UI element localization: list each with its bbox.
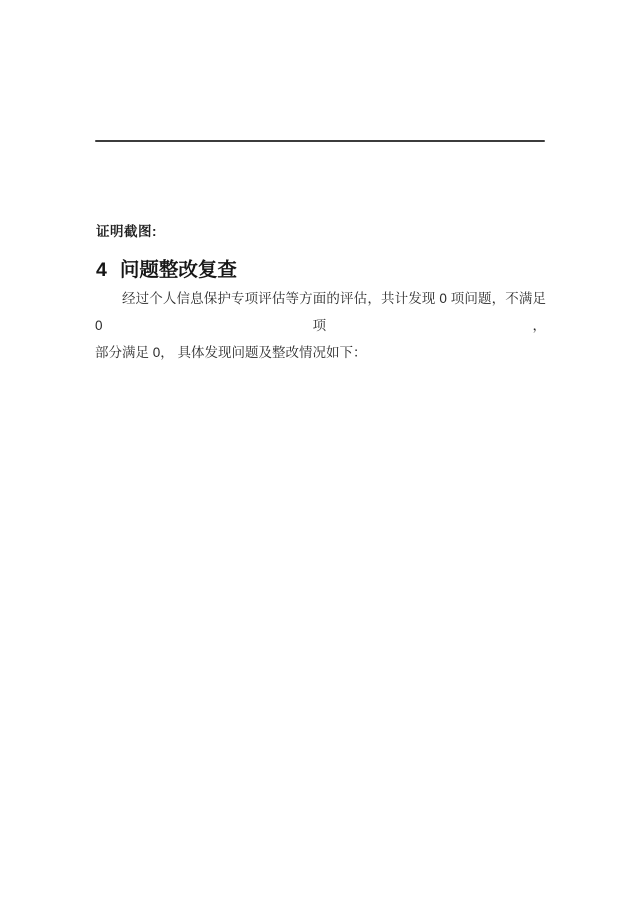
section-heading-title: 问题整改复查 <box>120 259 237 281</box>
document-page: 证明截图: 4问题整改复查 经过个人信息保护专项评估等方面的评估，共计发现 0 … <box>0 0 640 906</box>
section-heading-number: 4 <box>96 259 107 282</box>
paragraph-line-1: 经过个人信息保护专项评估等方面的评估，共计发现 0 项问题，不满足 0 项， <box>95 285 546 339</box>
section-heading: 4问题整改复查 <box>96 254 237 282</box>
paragraph-line-2: 部分满足 0， 具体发现问题及整改情况如下： <box>95 339 546 366</box>
body-paragraph: 经过个人信息保护专项评估等方面的评估，共计发现 0 项问题，不满足 0 项， 部… <box>95 285 546 366</box>
proof-screenshot-label: 证明截图: <box>96 220 157 240</box>
header-divider-rule <box>95 140 545 142</box>
